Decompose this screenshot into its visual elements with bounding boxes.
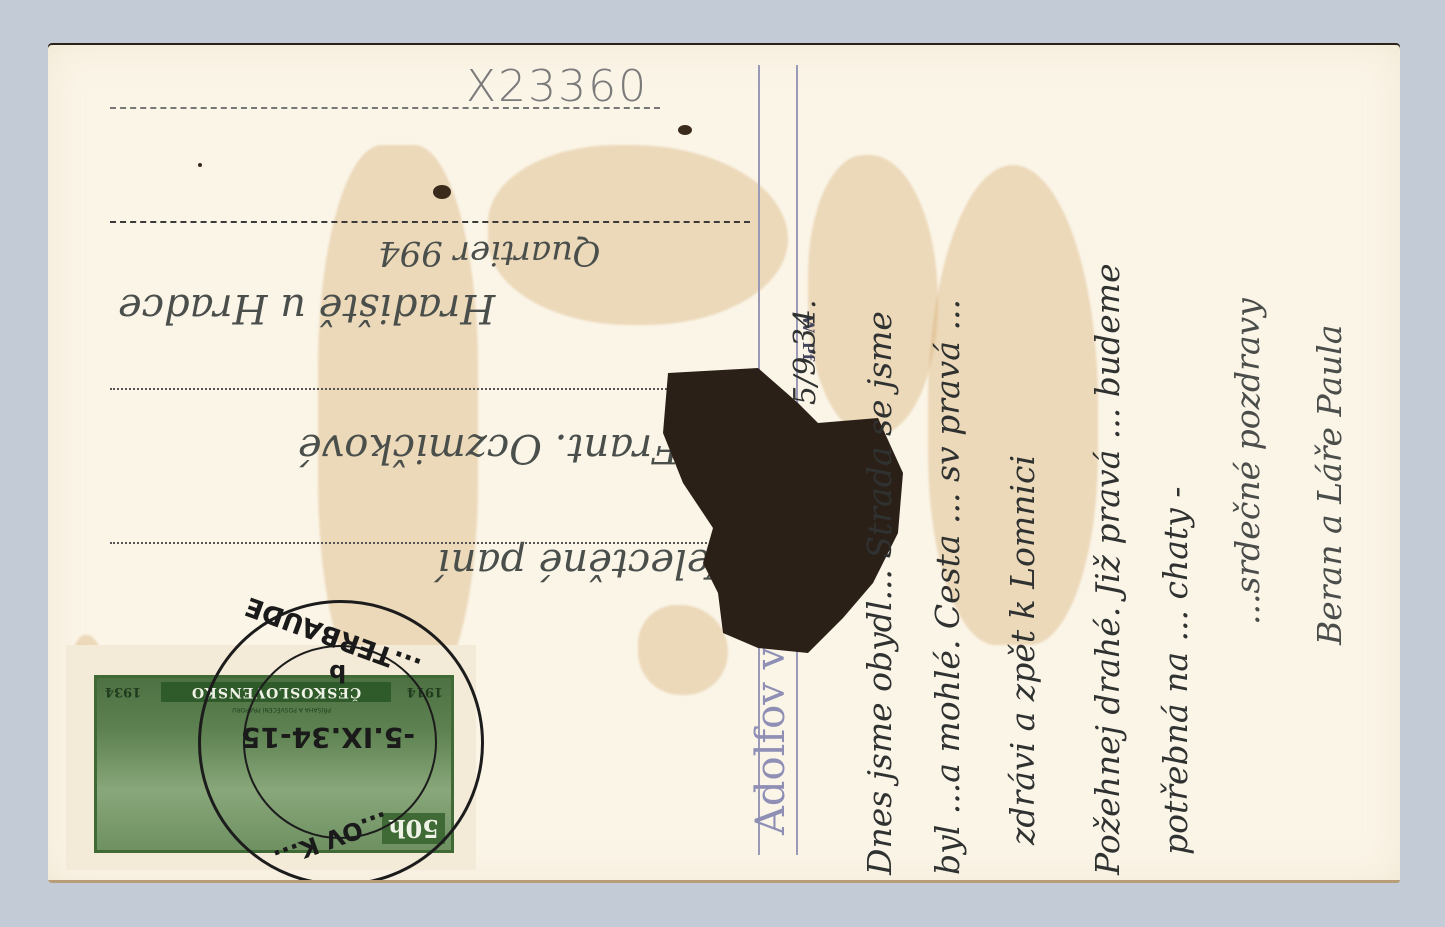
postmark: ...TERBAUDE b -5.IX.34-15 ...OV K...: [198, 600, 484, 883]
address-line: [110, 107, 660, 109]
stamp-year-end: 1934: [105, 684, 141, 699]
pencil-inventory-number: X23360: [466, 61, 648, 112]
message-line-4: Požehnej drahé. Již pravá ... budeme: [1088, 263, 1127, 875]
message-line-3: zdrávi a zpět k Lomnici: [1003, 455, 1042, 845]
ink-speck: [198, 163, 202, 167]
message-line-1: Dnes jsme obydl... Strada se jsme: [860, 311, 899, 875]
postmark-letter: b: [329, 659, 346, 687]
ink-speck: [678, 125, 692, 135]
address-line: [110, 388, 730, 390]
address-line-3: Hradiště u Hradce: [118, 285, 495, 331]
address-line-2: Frant. Oczmičkové: [298, 425, 680, 471]
ink-speck: [433, 185, 451, 199]
message-line-2: byl ...a mohlé. Cesta ... sv pravá ...: [928, 299, 967, 875]
address-line-4: Quartier 994: [378, 233, 601, 273]
message-signature: Beran a Láře Paula: [1310, 325, 1349, 645]
message-date: 5/9.34.: [788, 299, 823, 405]
address-line: [110, 221, 750, 223]
message-line-6: ...srdečné pozdravy: [1228, 298, 1267, 625]
message-line-5: potřebná na ... chaty -: [1156, 487, 1195, 855]
postcard-back: X23360 Quartier 994 Hradiště u Hradce Fr…: [48, 45, 1400, 883]
postmark-date: -5.IX.34-15: [241, 721, 415, 754]
